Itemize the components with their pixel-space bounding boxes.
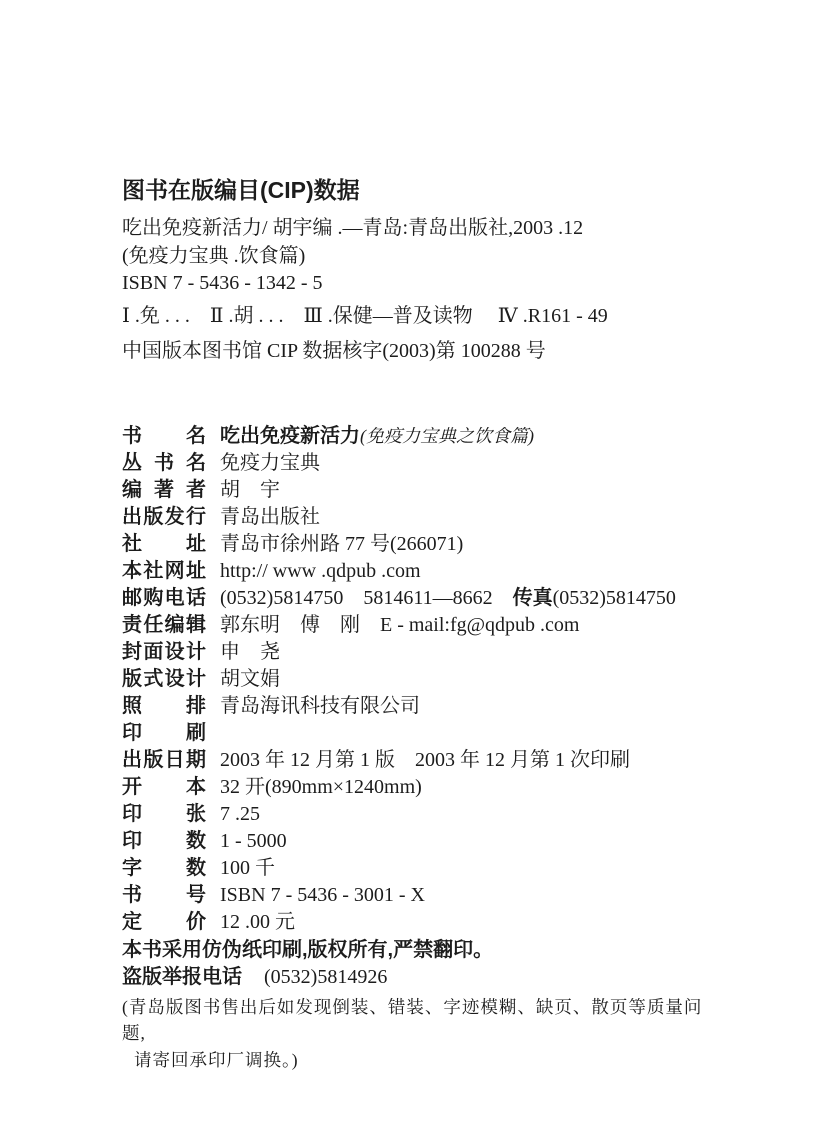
row-author: 编著者 胡 宇 <box>122 477 718 504</box>
row-book-title: 书名 吃出免疫新活力(免疫力宝典之饮食篇) <box>122 423 718 450</box>
row-editors: 责任编辑 郭东明 傅 刚 E - mail:fg@qdpub .com <box>122 612 718 639</box>
field-value: 胡文娟 <box>220 666 280 693</box>
row-series-name: 丛书名 免疫力宝典 <box>122 450 718 477</box>
field-label: 责任编辑 <box>122 612 206 639</box>
field-label: 照排 <box>122 693 206 720</box>
cip-block: 图书在版编目(CIP)数据 吃出免疫新活力/ 胡宇编 .—青岛:青岛出版社,20… <box>122 178 718 366</box>
field-label: 书号 <box>122 882 206 909</box>
field-value: 2003 年 12 月第 1 版 2003 年 12 月第 1 次印刷 <box>220 747 630 774</box>
field-label: 印数 <box>122 828 206 855</box>
cip-series-line: (免疫力宝典 .饮食篇) <box>122 243 718 271</box>
row-print-run: 印数 1 - 5000 <box>122 828 718 855</box>
order-phone-numbers: (0532)5814750 5814611—8662 <box>220 587 513 609</box>
field-value: 青岛市徐州路 77 号(266071) <box>220 531 463 558</box>
field-label: 定价 <box>122 909 206 936</box>
piracy-report-line: 盗版举报电话(0532)5814926 <box>122 964 718 992</box>
cip-classification-line: Ⅰ .免 . . . Ⅱ .胡 . . . Ⅲ .保健—普及读物 Ⅳ .R161… <box>122 303 718 331</box>
field-label: 丛书名 <box>122 450 206 477</box>
row-publisher: 出版发行 青岛出版社 <box>122 504 718 531</box>
field-label: 字数 <box>122 855 206 882</box>
fax-number: (0532)5814750 <box>553 587 676 609</box>
field-value: ISBN 7 - 5436 - 3001 - X <box>220 882 425 909</box>
field-label: 版式设计 <box>122 666 206 693</box>
notes-block: 本书采用仿伪纸印刷,版权所有,严禁翻印。 盗版举报电话(0532)5814926… <box>122 937 718 1074</box>
field-label: 开本 <box>122 774 206 801</box>
field-value: 郭东明 傅 刚 E - mail:fg@qdpub .com <box>220 612 580 639</box>
field-label: 邮购电话 <box>122 585 206 612</box>
quality-notice-line1: (青岛版图书售出后如发现倒装、错装、字迹模糊、缺页、散页等质量问题, <box>122 994 718 1047</box>
field-value: 12 .00 元 <box>220 909 295 936</box>
field-label: 出版发行 <box>122 504 206 531</box>
field-value: http:// www .qdpub .com <box>220 558 421 585</box>
copyright-notice: 本书采用仿伪纸印刷,版权所有,严禁翻印。 <box>122 937 718 965</box>
fax-label: 传真 <box>513 587 553 609</box>
field-label: 封面设计 <box>122 639 206 666</box>
field-label: 出版日期 <box>122 747 206 774</box>
field-value: 胡 宇 <box>220 477 280 504</box>
field-label: 本社网址 <box>122 558 206 585</box>
field-value: 申 尧 <box>220 639 280 666</box>
field-value: 吃出免疫新活力(免疫力宝典之饮食篇) <box>220 423 534 450</box>
row-order-phone: 邮购电话 (0532)5814750 5814611—8662 传真(0532)… <box>122 585 718 612</box>
field-label: 印张 <box>122 801 206 828</box>
book-title-text: 吃出免疫新活力 <box>220 425 360 447</box>
row-layout-design: 版式设计 胡文娟 <box>122 666 718 693</box>
field-label: 书名 <box>122 423 206 450</box>
row-address: 社址 青岛市徐州路 77 号(266071) <box>122 531 718 558</box>
field-label: 编著者 <box>122 477 206 504</box>
cip-title: 图书在版编目(CIP)数据 <box>122 178 718 202</box>
field-value: 32 开(890mm×1240mm) <box>220 774 422 801</box>
colophon-block: 书名 吃出免疫新活力(免疫力宝典之饮食篇) 丛书名 免疫力宝典 编著者 胡 宇 … <box>122 423 718 936</box>
copyright-page: 图书在版编目(CIP)数据 吃出免疫新活力/ 胡宇编 .—青岛:青岛出版社,20… <box>0 0 818 1122</box>
field-label: 印刷 <box>122 720 206 747</box>
field-value: 1 - 5000 <box>220 828 287 855</box>
field-value: 青岛海讯科技有限公司 <box>220 693 420 720</box>
row-isbn: 书号 ISBN 7 - 5436 - 3001 - X <box>122 882 718 909</box>
field-label: 社址 <box>122 531 206 558</box>
row-cover-design: 封面设计 申 尧 <box>122 639 718 666</box>
book-title-note: (免疫力宝典之饮食篇) <box>360 426 534 446</box>
piracy-report-label: 盗版举报电话 <box>122 966 242 988</box>
field-value: (0532)5814750 5814611—8662 传真(0532)58147… <box>220 585 676 612</box>
field-value: 7 .25 <box>220 801 260 828</box>
row-website: 本社网址 http:// www .qdpub .com <box>122 558 718 585</box>
field-value: 100 千 <box>220 855 275 882</box>
quality-notice-line2: 请寄回承印厂调换。) <box>122 1047 718 1074</box>
row-word-count: 字数 100 千 <box>122 855 718 882</box>
row-price: 定价 12 .00 元 <box>122 909 718 936</box>
piracy-report-phone: (0532)5814926 <box>264 966 387 988</box>
page-content: 图书在版编目(CIP)数据 吃出免疫新活力/ 胡宇编 .—青岛:青岛出版社,20… <box>122 178 718 1073</box>
row-publish-date: 出版日期 2003 年 12 月第 1 版 2003 年 12 月第 1 次印刷 <box>122 747 718 774</box>
cip-isbn-line: ISBN 7 - 5436 - 1342 - 5 <box>122 270 718 298</box>
field-value: 青岛出版社 <box>220 504 320 531</box>
row-typesetting: 照排 青岛海讯科技有限公司 <box>122 693 718 720</box>
cip-record-line: 中国版本图书馆 CIP 数据核字(2003)第 100288 号 <box>122 338 718 366</box>
field-value: 免疫力宝典 <box>220 450 320 477</box>
row-sheets: 印张 7 .25 <box>122 801 718 828</box>
cip-book-line: 吃出免疫新活力/ 胡宇编 .—青岛:青岛出版社,2003 .12 <box>122 215 718 243</box>
row-printing: 印刷 <box>122 720 718 747</box>
row-format: 开本 32 开(890mm×1240mm) <box>122 774 718 801</box>
